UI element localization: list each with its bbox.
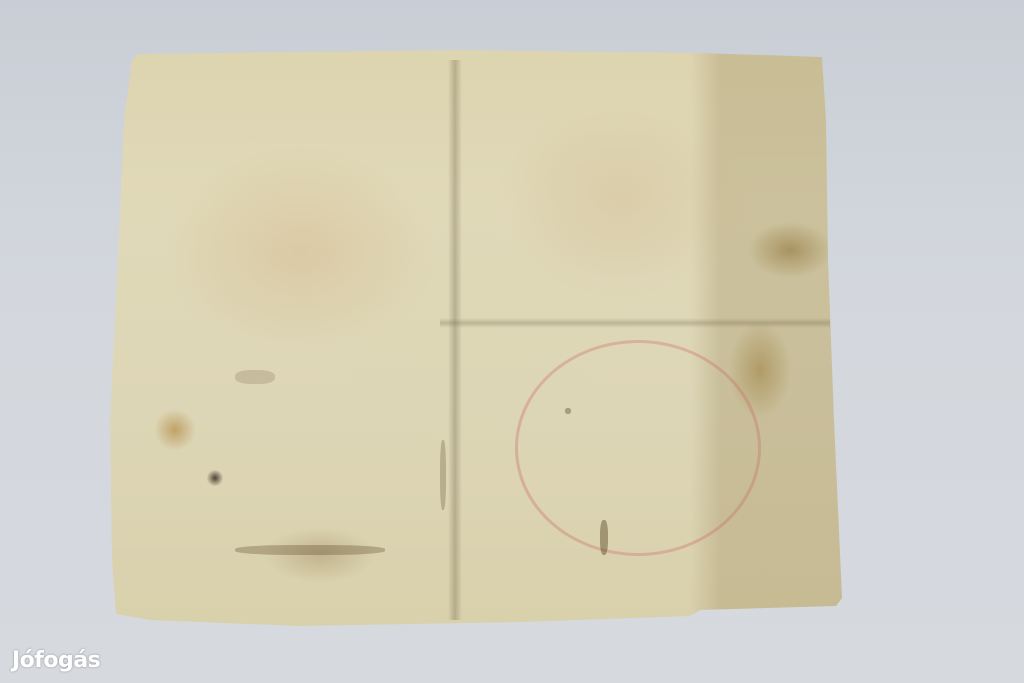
- jofogas-watermark: Jófogás: [12, 648, 100, 673]
- ink-stain: [600, 520, 608, 555]
- photo-scene: Jófogás: [0, 0, 1024, 683]
- vertical-fold-line: [448, 60, 462, 620]
- horizontal-fold-line: [440, 318, 830, 328]
- banknote-paper: [0, 0, 1024, 683]
- banknote-surface: [0, 0, 1024, 683]
- ink-stain: [565, 408, 571, 414]
- ink-stain: [235, 545, 385, 555]
- ink-stain: [440, 440, 446, 510]
- ink-stain: [235, 370, 275, 384]
- faded-red-stamp: [515, 340, 761, 556]
